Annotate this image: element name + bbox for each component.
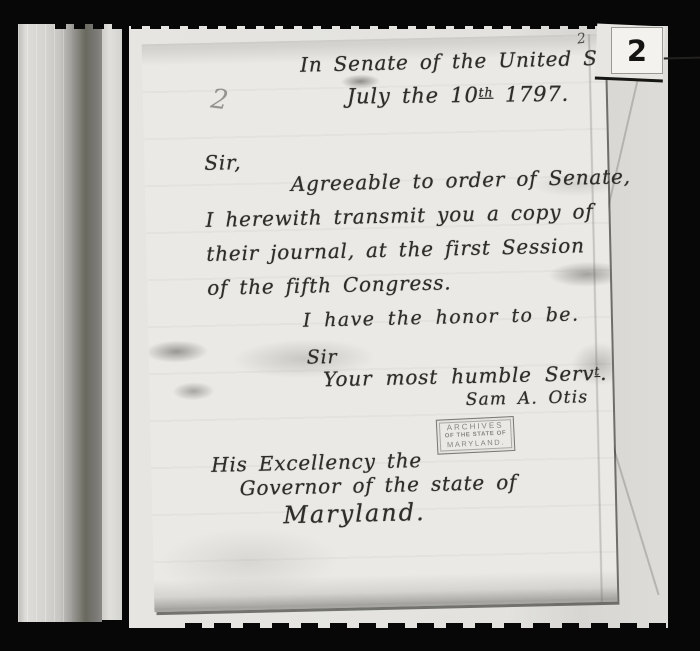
body-line-1: Agreeable to order of Senate,	[291, 164, 631, 196]
closing-line-1: I have the honor to be.	[303, 303, 580, 331]
book-edge-band-outer	[18, 24, 72, 622]
book-edge-band-shadow	[72, 24, 102, 622]
address-line-3: Maryland.	[283, 498, 426, 529]
address-line-2: Governor of the state of	[239, 470, 517, 500]
body-line-2: I herewith transmit you a copy of	[205, 199, 593, 232]
film-edge-top	[55, 24, 595, 29]
closing-line-3: Your most humble Servt.	[323, 361, 608, 391]
closing-line-2: Sir	[307, 346, 338, 369]
archives-stamp: ARCHIVES OF THE STATE OF MARYLAND.	[436, 416, 516, 455]
pencil-mark-2: 2	[209, 83, 231, 116]
signature-line: Sam A. Otis	[466, 387, 589, 410]
pencil-mark-top: 2	[576, 30, 587, 47]
body-line-3: their journal, at the first Session	[206, 233, 585, 266]
book-edge-band-inner	[102, 24, 122, 620]
microfilm-photo: In Senate of the United States July the …	[0, 0, 700, 651]
page-number-label: 2	[611, 27, 663, 74]
body-line-4: of the fifth Congress.	[207, 270, 452, 300]
letter-page: In Senate of the United States July the …	[142, 34, 618, 612]
heading-trailing-rule	[658, 57, 700, 60]
film-edge-bottom	[185, 623, 668, 629]
salutation-line: Sir,	[204, 150, 242, 175]
date-line: July the 10th 1797.	[347, 82, 569, 109]
